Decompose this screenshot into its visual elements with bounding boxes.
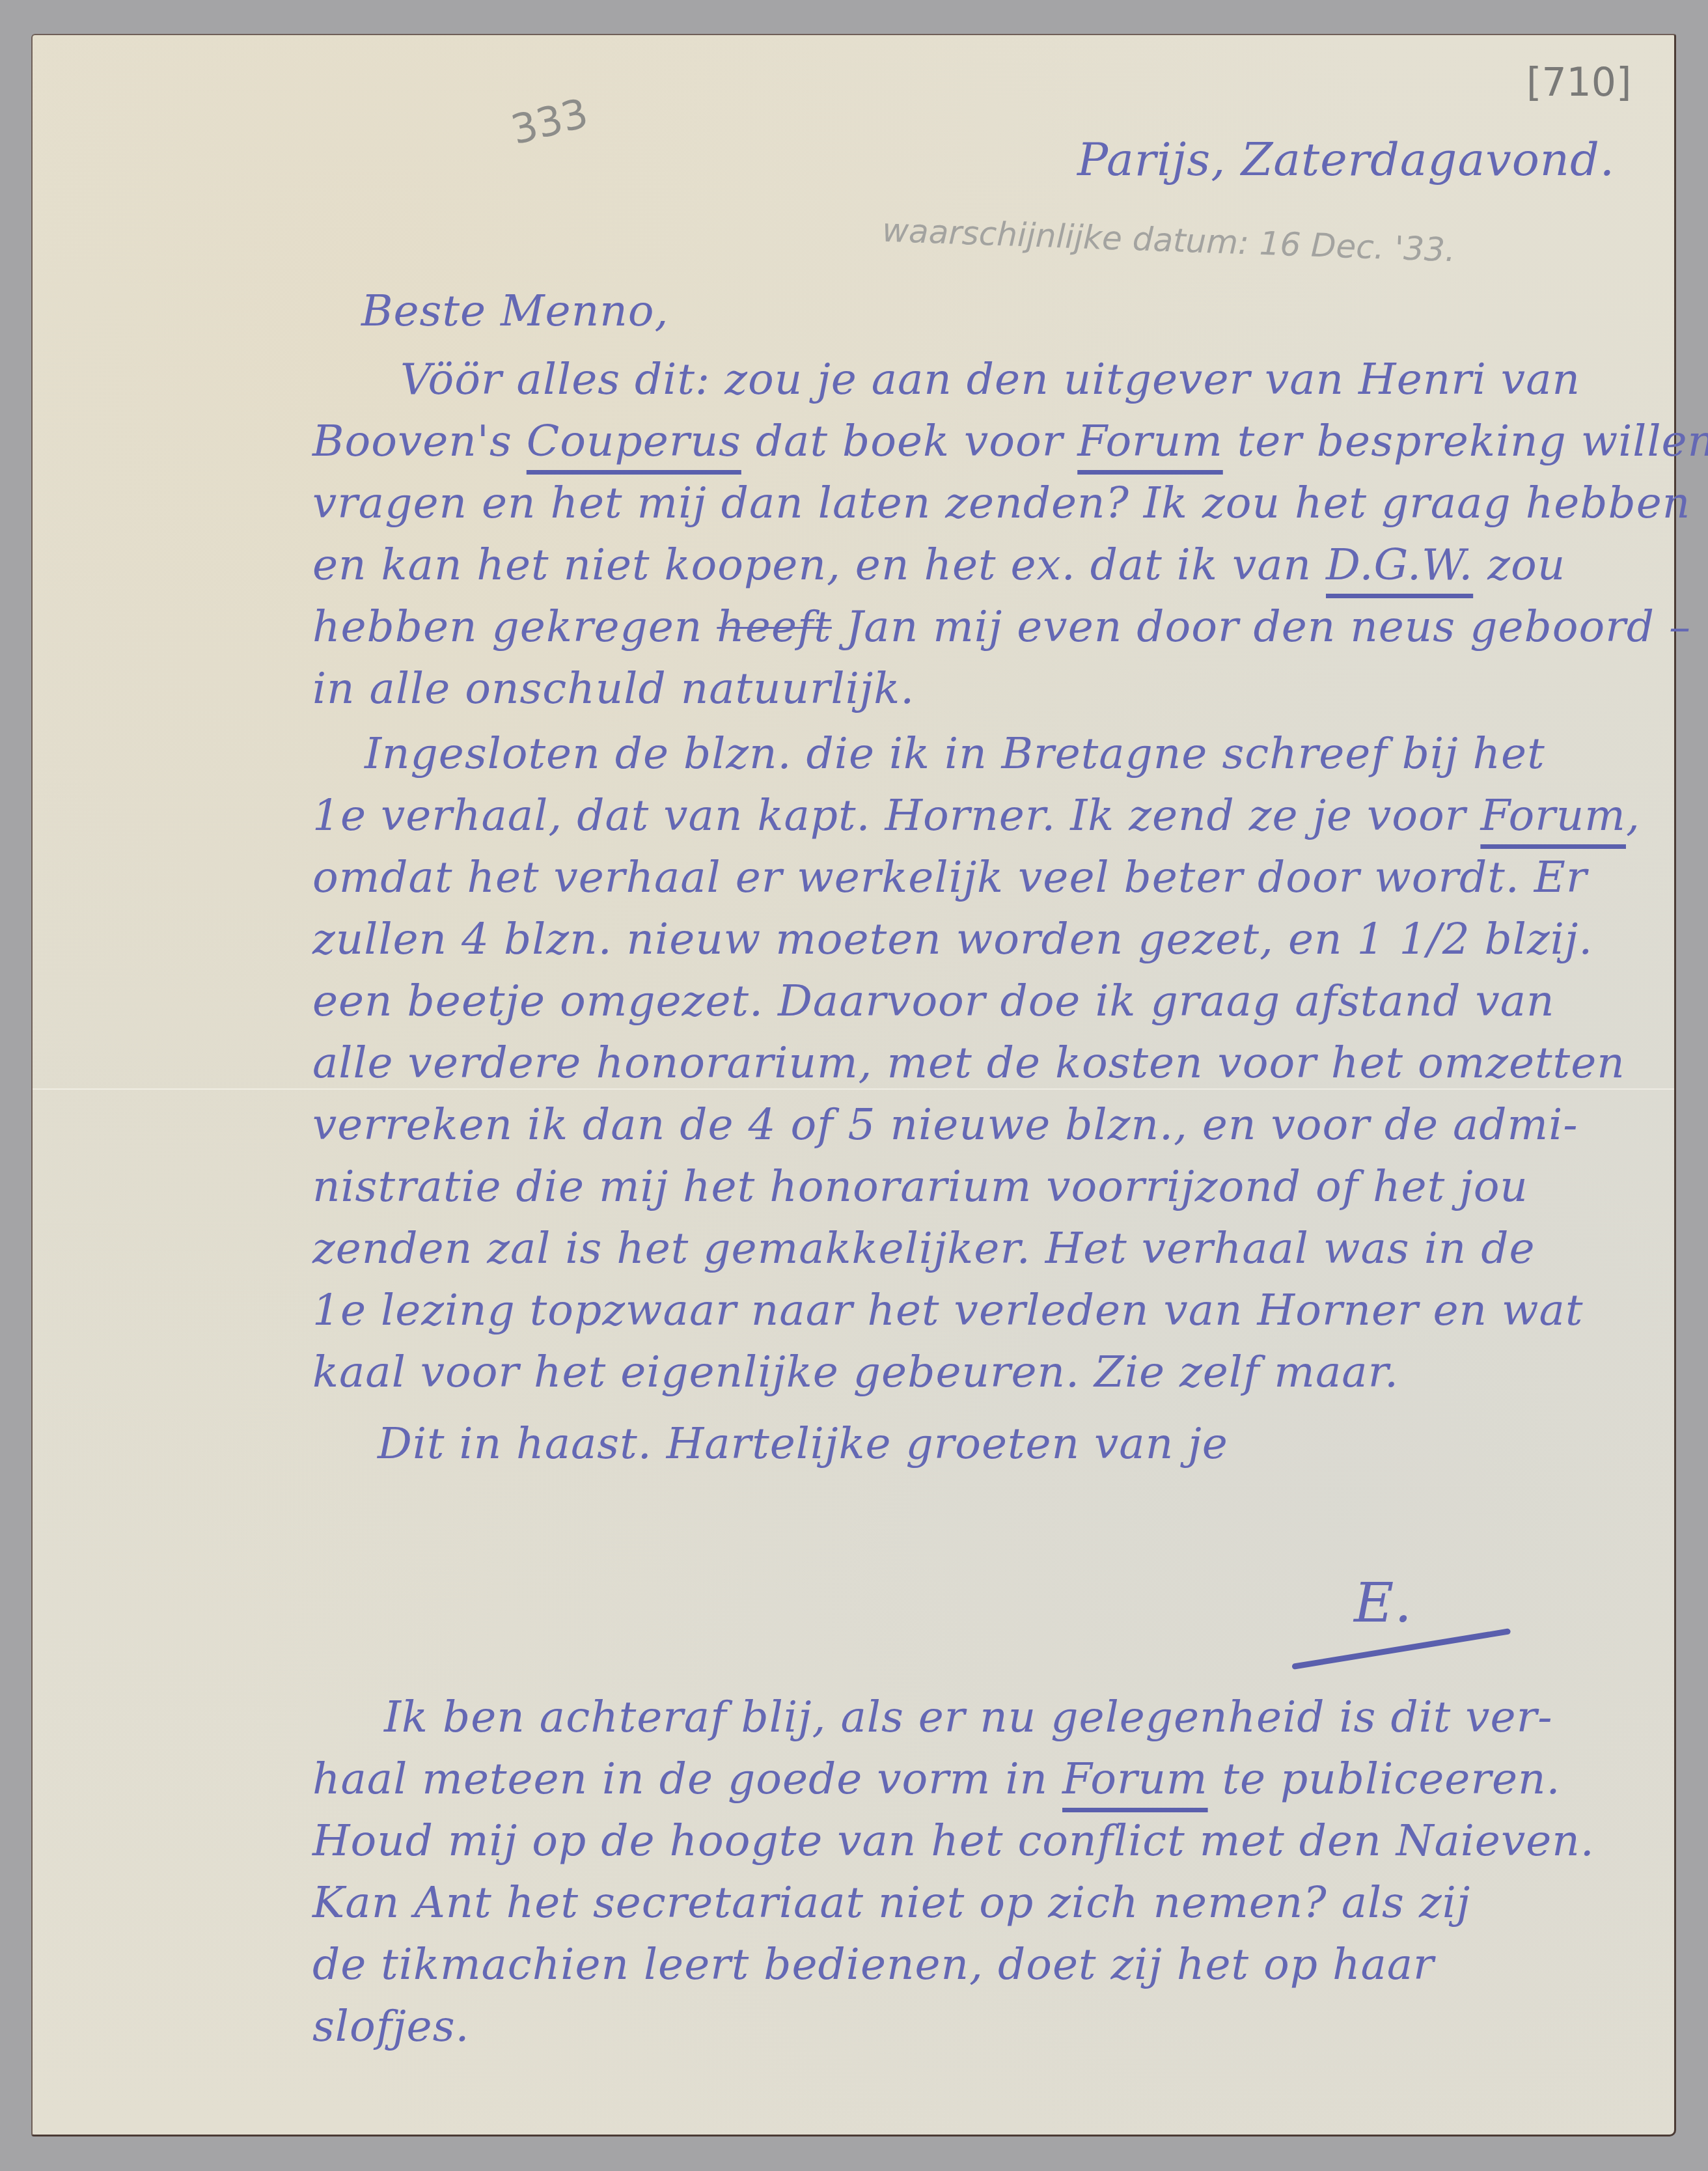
underlined-title-couperus: Couperus (527, 416, 741, 466)
body-line: omdat het verhaal er werkelijk veel bete… (312, 856, 1587, 899)
body-text: haal meteen in de goede vorm in (312, 1754, 1062, 1804)
body-line: Booven's Couperus dat boek voor Forum te… (312, 420, 1708, 463)
closing-line: Dit in haast. Hartelijke groeten van je (378, 1422, 1228, 1465)
body-line: 1e verhaal, dat van kapt. Horner. Ik zen… (312, 794, 1640, 837)
place-date-heading: Parijs, Zaterdagavond. (1077, 137, 1615, 182)
body-text: Jan mij even door den neus geboord – (832, 602, 1691, 652)
body-text: te publiceeren. (1208, 1754, 1561, 1804)
postscript-line: slofjes. (312, 2005, 470, 2048)
underlined-title-forum: Forum (1480, 790, 1626, 840)
struck-word: heeft (717, 602, 832, 652)
body-line: 1e lezing topzwaar naar het verleden van… (312, 1289, 1583, 1332)
body-line: en kan het niet koopen, en het ex. dat i… (312, 544, 1565, 587)
body-text: 1e verhaal, dat van kapt. Horner. Ik zen… (312, 790, 1480, 840)
body-line: verreken ik dan de 4 of 5 nieuwe blzn., … (312, 1103, 1578, 1146)
postscript-line: Ik ben achteraf blij, als er nu gelegenh… (384, 1696, 1553, 1739)
body-text: ter bespreking willen (1223, 416, 1708, 466)
body-line: nistratie die mij het honorarium voorrij… (312, 1165, 1528, 1208)
signature: E. (1354, 1575, 1412, 1630)
body-line: vragen en het mij dan laten zenden? Ik z… (312, 482, 1690, 525)
body-text: Booven's (312, 416, 527, 466)
body-text: zou (1473, 540, 1565, 590)
body-line: zenden zal is het gemakkelijker. Het ver… (312, 1227, 1536, 1270)
underlined-title-forum: Forum (1062, 1754, 1208, 1804)
body-line: een beetje omgezet. Daarvoor doe ik graa… (312, 980, 1555, 1023)
body-line: zullen 4 blzn. nieuw moeten worden gezet… (312, 918, 1593, 961)
salutation: Beste Menno, (361, 290, 668, 333)
underlined-initials-dgw: D.G.W. (1326, 540, 1473, 590)
body-text: hebben gekregen (312, 602, 717, 652)
body-text: dat boek voor (741, 416, 1077, 466)
postscript-line: haal meteen in de goede vorm in Forum te… (312, 1758, 1561, 1801)
postscript-line: de tikmachien leert bedienen, doet zij h… (312, 1943, 1435, 1986)
paper-fold-line (33, 1088, 1674, 1090)
postscript-line: Houd mij op de hoogte van het conflict m… (312, 1819, 1595, 1862)
body-text: , (1626, 790, 1640, 840)
body-line: kaal voor het eigenlijke gebeuren. Zie z… (312, 1351, 1399, 1394)
body-line: alle verdere honorarium, met de kosten v… (312, 1042, 1625, 1085)
body-line: Vöör alles dit: zou je aan den uitgever … (400, 358, 1580, 401)
body-line: hebben gekregen heeft Jan mij even door … (312, 605, 1691, 648)
body-line: in alle onschuld natuurlijk. (312, 667, 915, 710)
postscript-line: Kan Ant het secretariaat niet op zich ne… (312, 1881, 1470, 1924)
body-line: Ingesloten de blzn. die ik in Bretagne s… (365, 732, 1545, 775)
body-text: en kan het niet koopen, en het ex. dat i… (312, 540, 1326, 590)
archive-bracket-number: [710] (1526, 60, 1631, 105)
underlined-title-forum: Forum (1077, 416, 1223, 466)
